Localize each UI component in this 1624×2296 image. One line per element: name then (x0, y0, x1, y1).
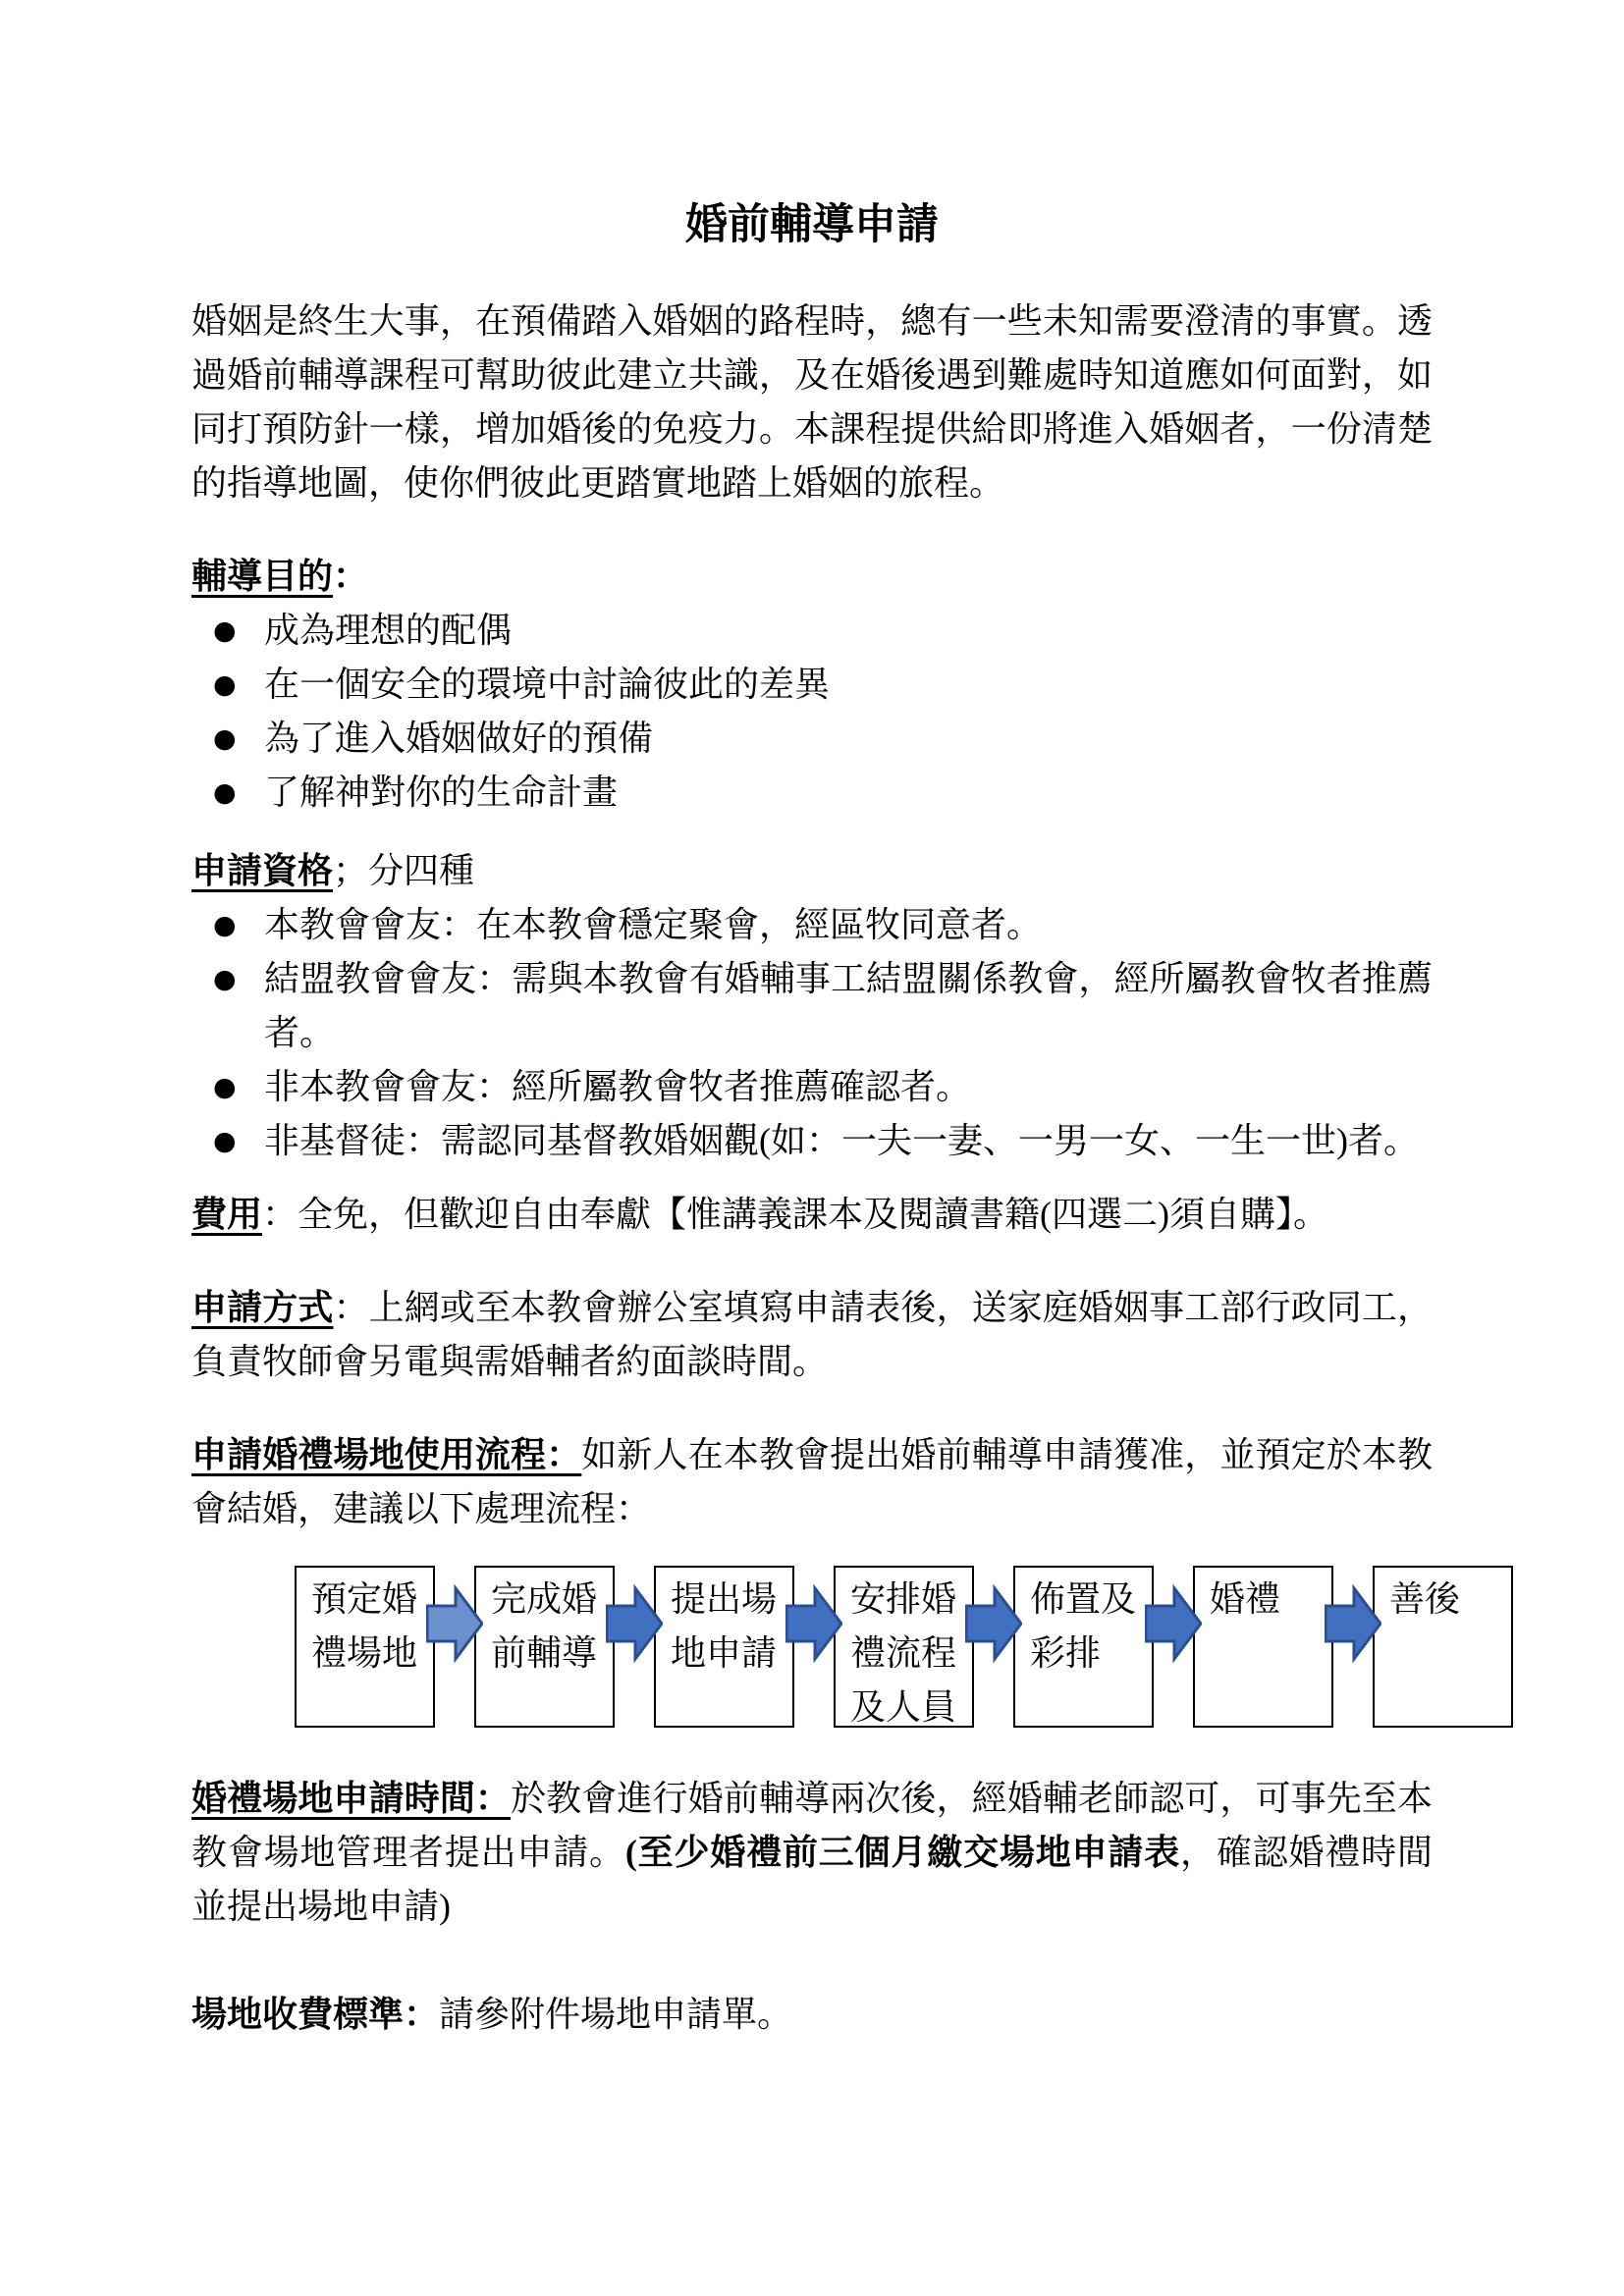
flow-step-line: 彩排 (1030, 1627, 1146, 1681)
bullet-icon: ● (213, 604, 264, 658)
bullet-item: ● 為了進入婚姻做好的預備 (213, 712, 1433, 766)
fee-text: 全免，但歡迎自由奉獻【惟講義課本及閱讀書籍(四選二)須自購】。 (298, 1195, 1328, 1234)
flow-step-line: 婚禮 (1210, 1573, 1326, 1627)
arrow-right-shape (966, 1588, 1021, 1659)
flow-step-box: 善後 (1373, 1566, 1513, 1728)
bullet-item: ● 了解神對你的生命計畫 (213, 766, 1433, 820)
bullet-text: 非本教會會友：經所屬教會牧者推薦確認者。 (264, 1060, 1433, 1114)
intro-paragraph: 婚姻是終生大事，在預備踏入婚姻的路程時，總有一些未知需要澄清的事實。透過婚前輔導… (191, 294, 1433, 510)
venue-fee-section: 場地收費標準：請參附件場地申請單。 (191, 1988, 1433, 2042)
arrow-right-shape (786, 1588, 841, 1659)
flow-step-line: 安排婚 (850, 1573, 966, 1627)
venue-time-section: 婚禮場地申請時間：於教會進行婚前輔導兩次後，經婚輔老師認可，可事先至本教會場地管… (191, 1772, 1433, 1934)
flow-step-line: 地申請 (671, 1627, 786, 1681)
qualification-heading-text: 申請資格 (191, 851, 333, 890)
bullet-text: 在一個安全的環境中討論彼此的差異 (264, 658, 1433, 712)
flow-step-box: 提出場 地申請 (654, 1566, 794, 1728)
page-title: 婚前輔導申請 (191, 196, 1433, 255)
arrow-right-shape (1146, 1588, 1201, 1659)
flow-step-line: 禮流程 (850, 1627, 966, 1681)
flow-step-line: 禮場地 (311, 1627, 427, 1681)
apply-method-heading-colon: ： (333, 1288, 368, 1327)
qualification-section-heading: 申請資格；分四種 (191, 844, 1433, 898)
bullet-text: 為了進入婚姻做好的預備 (264, 712, 1433, 766)
wedding-venue-flowchart: 預定婚 禮場地 完成婚 前輔導 提出場 地申請 安排婚 禮流程 及人員 佈置 (295, 1566, 1433, 1728)
arrow-right-icon (965, 1581, 1022, 1666)
bullet-icon: ● (213, 712, 264, 766)
venue-time-heading-text: 婚禮場地申請時間： (191, 1779, 511, 1818)
bullet-item: ● 非本教會會友：經所屬教會牧者推薦確認者。 (213, 1060, 1433, 1114)
apply-method-heading-text: 申請方式 (191, 1288, 333, 1327)
flow-step-box: 婚禮 (1193, 1566, 1333, 1728)
qualification-heading-suffix: ；分四種 (333, 851, 474, 890)
bullet-text: 成為理想的配偶 (264, 604, 1433, 658)
bullet-icon: ● (213, 658, 264, 712)
arrow-right-shape (427, 1588, 482, 1659)
arrow-right-icon (785, 1581, 842, 1666)
flow-step-line: 善後 (1389, 1573, 1505, 1627)
venue-process-heading-text: 申請婚禮場地使用流程： (191, 1435, 581, 1474)
venue-process-section: 申請婚禮場地使用流程：如新人在本教會提出婚前輔導申請獲准，並預定於本教會結婚，建… (191, 1428, 1433, 1536)
bullet-item: ● 成為理想的配偶 (213, 604, 1433, 658)
arrow-right-shape (1326, 1588, 1380, 1659)
bullet-text: 本教會會友：在本教會穩定聚會，經區牧同意者。 (264, 898, 1433, 952)
bullet-text: 非基督徒：需認同基督教婚姻觀(如：一夫一妻、一男一女、一生一世)者。 (264, 1114, 1433, 1168)
venue-fee-text: 請參附件場地申請單。 (439, 1995, 792, 2034)
bullet-item: ● 在一個安全的環境中討論彼此的差異 (213, 658, 1433, 712)
fee-section: 費用：全免，但歡迎自由奉獻【惟講義課本及閱讀書籍(四選二)須自購】。 (191, 1188, 1433, 1242)
purpose-heading-text: 輔導目的 (191, 557, 333, 596)
bullet-icon: ● (213, 952, 264, 1006)
bullet-text: 了解神對你的生命計畫 (264, 766, 1433, 820)
flow-step-line: 提出場 (671, 1573, 786, 1627)
fee-heading-colon: ： (262, 1195, 298, 1234)
apply-method-section: 申請方式：上網或至本教會辦公室填寫申請表後，送家庭婚姻事工部行政同工，負責牧師會… (191, 1281, 1433, 1389)
flow-step-box: 預定婚 禮場地 (295, 1566, 435, 1728)
flow-step-line: 預定婚 (311, 1573, 427, 1627)
bullet-icon: ● (213, 1114, 264, 1168)
venue-time-bold-note: (至少婚禮前三個月繳交場地申請表 (625, 1833, 1180, 1872)
bullet-icon: ● (213, 766, 264, 820)
purpose-heading-colon: ： (333, 557, 368, 596)
bullet-text: 結盟教會會友：需與本教會有婚輔事工結盟關係教會，經所屬教會牧者推薦者。 (264, 952, 1433, 1060)
arrow-right-icon (1145, 1581, 1202, 1666)
flow-step-box: 佈置及 彩排 (1013, 1566, 1154, 1728)
qualification-bullet-list: ● 本教會會友：在本教會穩定聚會，經區牧同意者。 ● 結盟教會會友：需與本教會有… (191, 898, 1433, 1168)
purpose-bullet-list: ● 成為理想的配偶 ● 在一個安全的環境中討論彼此的差異 ● 為了進入婚姻做好的… (191, 604, 1433, 820)
flow-step-box: 安排婚 禮流程 及人員 (834, 1566, 974, 1728)
apply-method-text: 上網或至本教會辦公室填寫申請表後，送家庭婚姻事工部行政同工，負責牧師會另電與需婚… (191, 1288, 1433, 1381)
purpose-section-heading: 輔導目的： (191, 550, 1433, 604)
bullet-item: ● 非基督徒：需認同基督教婚姻觀(如：一夫一妻、一男一女、一生一世)者。 (213, 1114, 1433, 1168)
arrow-right-icon (426, 1581, 483, 1666)
fee-heading-text: 費用 (191, 1195, 262, 1234)
bullet-item: ● 結盟教會會友：需與本教會有婚輔事工結盟關係教會，經所屬教會牧者推薦者。 (213, 952, 1433, 1060)
flow-step-line: 佈置及 (1030, 1573, 1146, 1627)
bullet-icon: ● (213, 898, 264, 952)
arrow-right-icon (606, 1581, 663, 1666)
bullet-icon: ● (213, 1060, 264, 1114)
flow-step-box: 完成婚 前輔導 (474, 1566, 615, 1728)
venue-fee-heading-text: 場地收費標準： (191, 1995, 439, 2034)
document-page: 婚前輔導申請 婚姻是終生大事，在預備踏入婚姻的路程時，總有一些未知需要澄清的事實… (0, 0, 1624, 2296)
bullet-item: ● 本教會會友：在本教會穩定聚會，經區牧同意者。 (213, 898, 1433, 952)
arrow-right-shape (607, 1588, 662, 1659)
arrow-right-icon (1325, 1581, 1381, 1666)
flow-step-line: 及人員 (850, 1681, 966, 1735)
flow-step-line: 完成婚 (491, 1573, 607, 1627)
flow-step-line: 前輔導 (491, 1627, 607, 1681)
